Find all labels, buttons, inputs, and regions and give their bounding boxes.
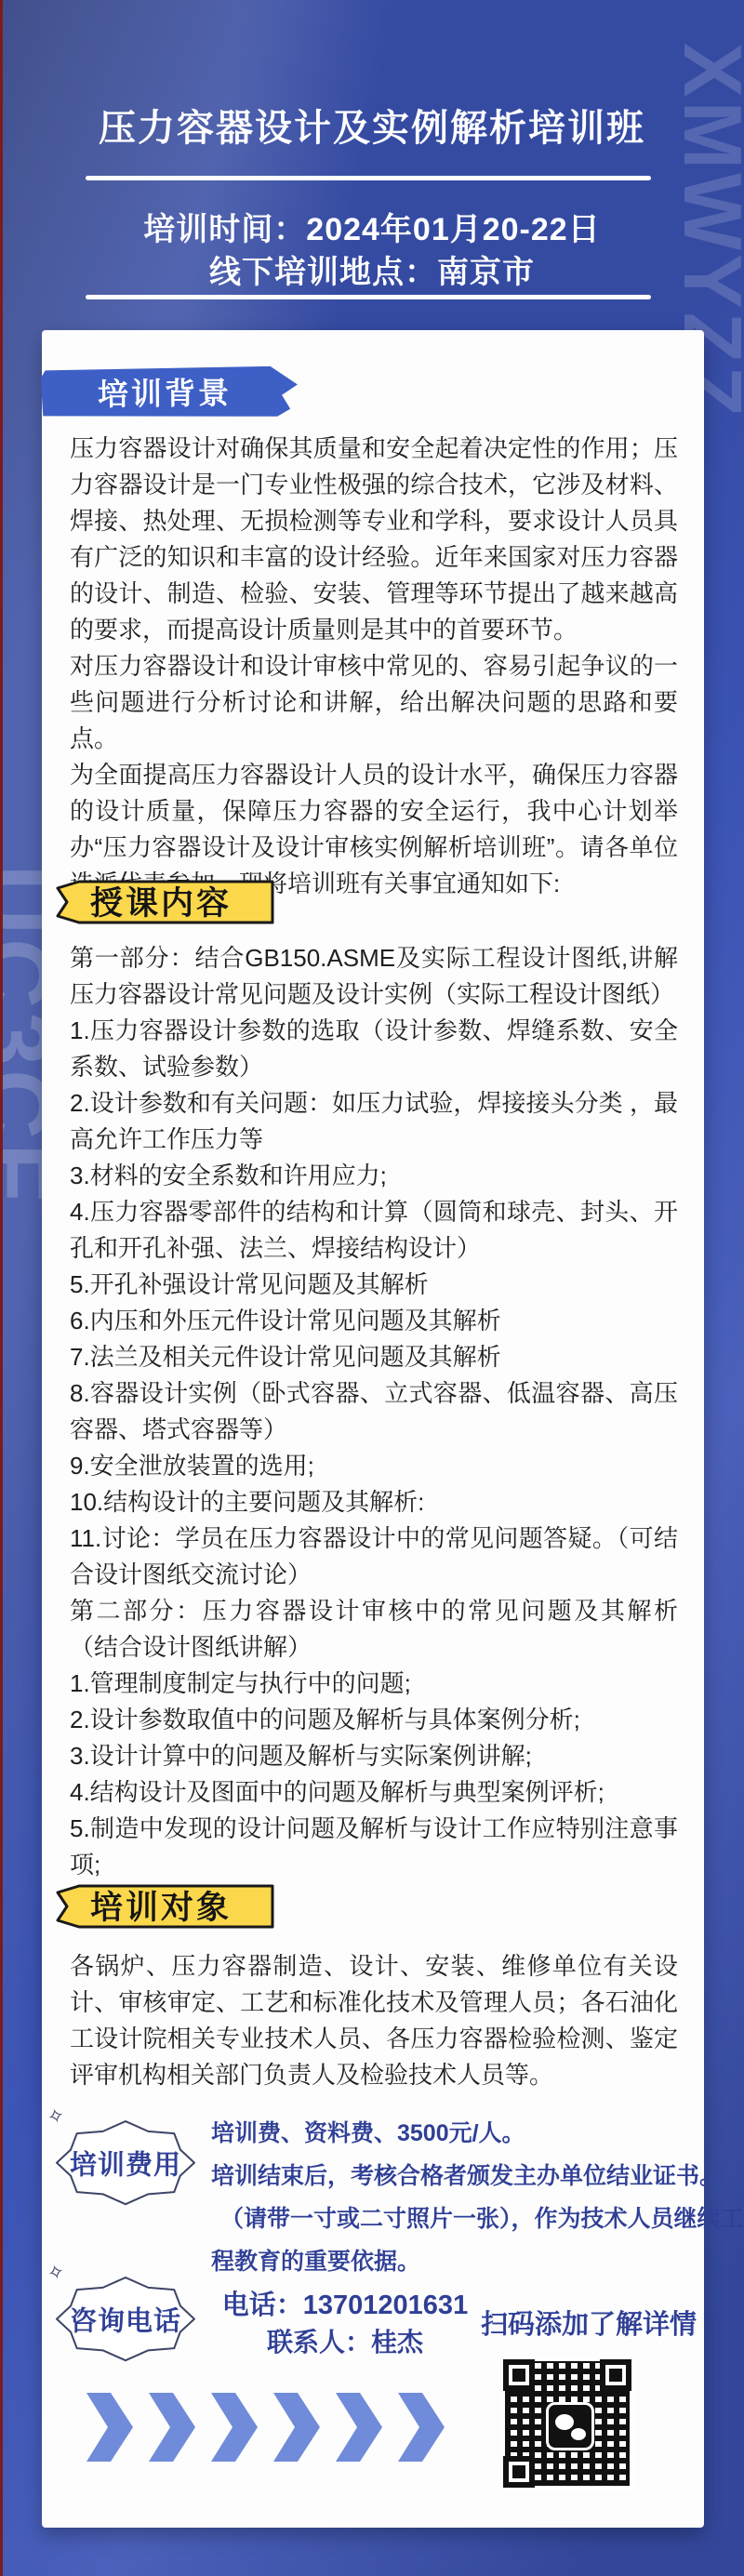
qr-caption: 扫码添加了解详情 <box>458 2304 719 2342</box>
course-item: 8.容器设计实例（卧式容器、立式容器、低温容器、高压容器、塔式容器等） <box>70 1375 678 1448</box>
background-paragraph: 对压力容器设计和设计审核中常见的、容易引起争议的一些问题进行分析讨论和讲解，给出… <box>70 648 678 757</box>
course-item: 9.安全泄放装置的选用; <box>70 1448 678 1484</box>
chevron-right-icon <box>398 2393 445 2462</box>
wechat-chat-bubble <box>555 2414 574 2430</box>
training-time: 培训时间：2024年01月20-22日 <box>0 204 744 249</box>
background-paragraph: 压力容器设计对确保其质量和安全起着决定性的作用；压力容器设计是一门专业性极强的综… <box>70 431 678 648</box>
course-items: 第一部分：结合GB150.ASME及实际工程设计图纸,讲解压力容器设计常见问题及… <box>70 940 678 1919</box>
sparkle-doodle-icon: ✧ <box>45 2259 68 2287</box>
wechat-qr-code <box>501 2357 633 2490</box>
section-heading-label: 授课内容 <box>90 878 232 924</box>
contact-bubble: ✧ 咨询电话 <box>55 2276 196 2363</box>
course-item: 11.讨论：学员在压力容器设计中的常见问题答疑。（可结合设计图纸交流讨论） <box>70 1520 678 1593</box>
course-item: 5.制造中发现的设计问题及解析与设计工作应特别注意事项; <box>70 1811 678 1883</box>
sparkle-doodle-icon: ✧ <box>45 2103 68 2131</box>
chevron-right-icon <box>86 2393 133 2462</box>
training-location: 线下培训地点：南京市 <box>0 246 744 292</box>
chevron-right-icon <box>336 2393 382 2462</box>
course-item: 3.设计计算中的问题及解析与实际案例讲解; <box>70 1738 678 1774</box>
course-item: 5.开孔补强设计常见问题及其解析 <box>70 1267 678 1303</box>
course-item: 10.结构设计的主要问题及其解析: <box>70 1484 678 1520</box>
course-item: 2.设计参数取值中的问题及解析与具体案例分析; <box>70 1702 678 1738</box>
contact-person: 联系人：桂杰 <box>206 2324 485 2361</box>
qr-finder-icon <box>600 2359 631 2391</box>
course-item: 1.管理制度制定与执行中的问题; <box>70 1666 678 1702</box>
course-item: 第二部分：压力容器设计审核中的常见问题及其解析 （结合设计图纸讲解） <box>70 1593 678 1666</box>
qr-finder-icon <box>503 2359 535 2391</box>
chevron-arrow-row <box>86 2393 445 2462</box>
wechat-icon <box>546 2402 594 2450</box>
qr-finder-icon <box>503 2456 535 2488</box>
contact-details: 电话：13701201631 联系人：桂杰 <box>206 2287 485 2361</box>
fee-line: 程教育的重要依据。 <box>211 2240 744 2283</box>
course-item: 4.压力容器零部件的结构和计算（圆筒和球壳、封头、开孔和开孔补强、法兰、焊接结构… <box>70 1194 678 1267</box>
audience-paragraph-text: 各锅炉、压力容器制造、设计、安装、维修单位有关设计、审核审定、工艺和标准化技术及… <box>70 1948 678 2093</box>
fee-details: 培训费、资料费、3500元/人。 培训结束后，考核合格者颁发主办单位结业证书。 … <box>211 2112 744 2283</box>
contact-bubble-label: 咨询电话 <box>55 2301 196 2339</box>
course-item: 4.结构设计及图面中的问题及解析与典型案例评析; <box>70 1774 678 1811</box>
course-item: 第一部分：结合GB150.ASME及实际工程设计图纸,讲解压力容器设计常见问题及… <box>70 940 678 1013</box>
section-heading-label: 培训背景 <box>98 369 232 415</box>
fee-line: 培训费、资料费、3500元/人。 <box>211 2112 744 2155</box>
course-item: 7.法兰及相关元件设计常见问题及其解析 <box>70 1339 678 1375</box>
audience-paragraph: 各锅炉、压力容器制造、设计、安装、维修单位有关设计、审核审定、工艺和标准化技术及… <box>70 1948 678 2093</box>
header-divider-bottom <box>86 295 651 299</box>
training-poster: XMWYZZ UC3CF 压力容器设计及实例解析培训班 培训时间：2024年01… <box>0 0 744 2576</box>
course-item: 2.设计参数和有关问题：如压力试验，焊接接头分类 ，最高允许工作压力等 <box>70 1085 678 1158</box>
wechat-chat-bubble <box>571 2428 586 2440</box>
section-heading-label: 培训对象 <box>90 1882 232 1929</box>
fee-bubble-label: 培训费用 <box>55 2144 196 2183</box>
section-heading-background: 培训背景 <box>38 365 301 421</box>
left-edge-red-strip <box>0 0 3 2576</box>
chevron-right-icon <box>149 2393 195 2462</box>
chevron-right-icon <box>273 2393 320 2462</box>
section-heading-audience: 培训对象 <box>53 1883 276 1930</box>
contact-phone: 电话：13701201631 <box>206 2287 485 2324</box>
course-item: 1.压力容器设计参数的选取（设计参数、焊缝系数、安全系数、试验参数） <box>70 1013 678 1085</box>
section-heading-content: 授课内容 <box>53 879 276 925</box>
page-title: 压力容器设计及实例解析培训班 <box>0 99 744 152</box>
fee-line: （请带一寸或二寸照片一张），作为技术人员继续工 <box>211 2198 744 2240</box>
fee-line: 培训结束后，考核合格者颁发主办单位结业证书。 <box>211 2155 744 2198</box>
course-item: 3.材料的安全系数和许用应力; <box>70 1158 678 1194</box>
content-card: 培训背景 压力容器设计对确保其质量和安全起着决定性的作用；压力容器设计是一门专业… <box>42 330 704 2528</box>
course-item: 6.内压和外压元件设计常见问题及其解析 <box>70 1303 678 1339</box>
header-divider-top <box>86 176 651 180</box>
chevron-right-icon <box>211 2393 258 2462</box>
background-paragraphs: 压力容器设计对确保其质量和安全起着决定性的作用；压力容器设计是一门专业性极强的综… <box>70 431 678 902</box>
fee-bubble: ✧ 培训费用 <box>55 2119 196 2207</box>
